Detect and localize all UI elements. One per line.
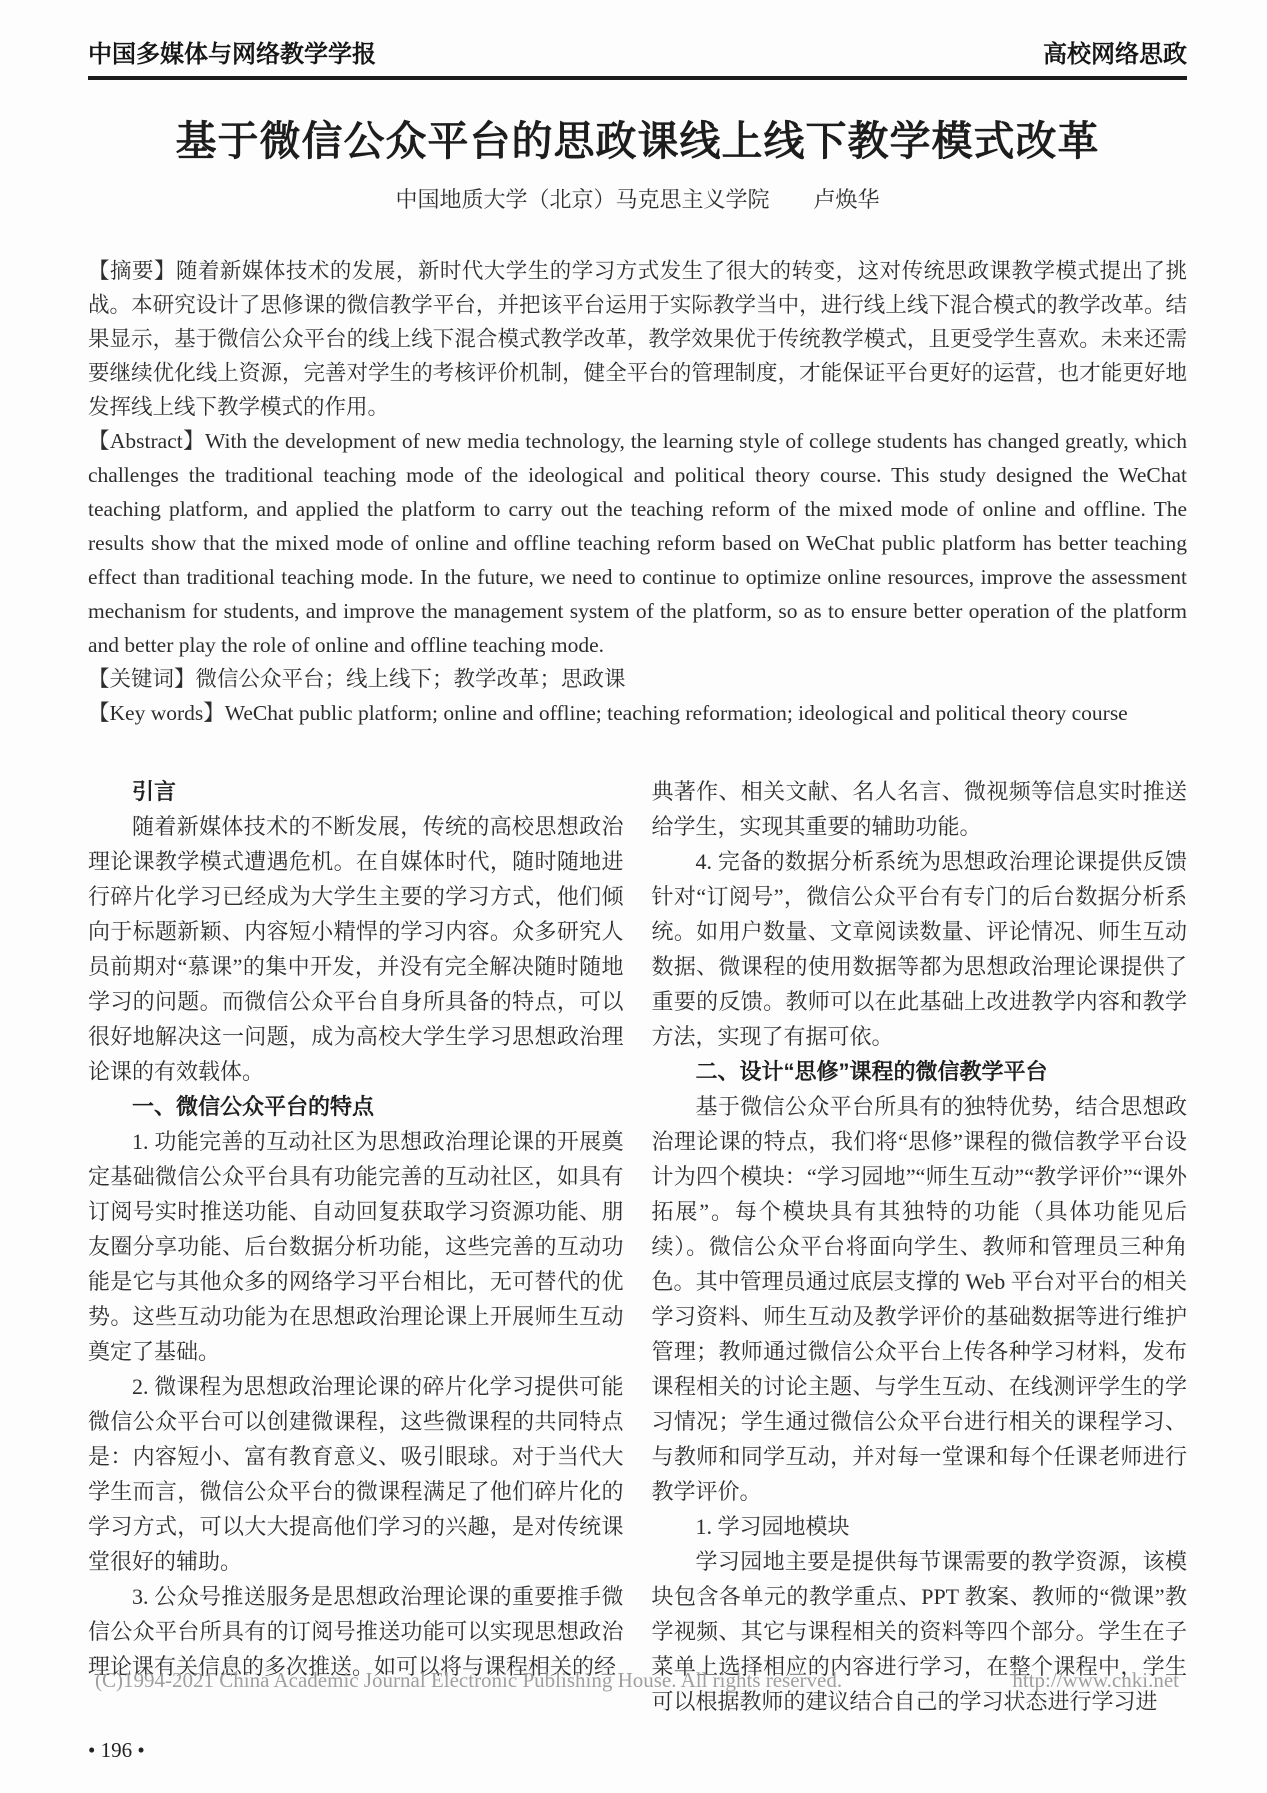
running-head: 中国多媒体与网络教学学报 高校网络思政: [88, 34, 1187, 80]
scanned-paper-page: 中国多媒体与网络教学学报 高校网络思政 基于微信公众平台的思政课线上线下教学模式…: [0, 0, 1267, 1793]
paragraph: 1. 功能完善的互动社区为思想政治理论课的开展奠定基础微信公众平台具有功能完善的…: [88, 1124, 624, 1369]
paragraph: 基于微信公众平台所具有的独特优势，结合思想政治理论课的特点，我们将“思修”课程的…: [652, 1089, 1188, 1509]
paragraph: 4. 完备的数据分析系统为思想政治理论课提供反馈针对“订阅号”，微信公众平台有专…: [652, 844, 1188, 1054]
left-column: 引言 随着新媒体技术的不断发展，传统的高校思想政治理论课教学模式遭遇危机。在自媒…: [88, 774, 624, 1719]
abstract-zh: 【摘要】随着新媒体技术的发展，新时代大学生的学习方式发生了很大的转变，这对传统思…: [88, 254, 1187, 424]
section-heading-1: 一、微信公众平台的特点: [88, 1089, 624, 1124]
paragraph: 随着新媒体技术的不断发展，传统的高校思想政治理论课教学模式遭遇危机。在自媒体时代…: [88, 809, 624, 1089]
keywords-en: 【Key words】WeChat public platform; onlin…: [88, 696, 1187, 730]
body-columns: 引言 随着新媒体技术的不断发展，传统的高校思想政治理论课教学模式遭遇危机。在自媒…: [88, 774, 1187, 1719]
front-matter: 【摘要】随着新媒体技术的发展，新时代大学生的学习方式发生了很大的转变，这对传统思…: [88, 254, 1187, 730]
byline: 中国地质大学（北京）马克思主义学院卢焕华: [88, 183, 1187, 214]
section-heading-intro: 引言: [88, 774, 624, 809]
subsection-heading: 1. 学习园地模块: [652, 1509, 1188, 1544]
journal-title: 中国多媒体与网络教学学报: [88, 34, 376, 69]
paragraph-continuation: 典著作、相关文献、名人名言、微视频等信息实时推送给学生，实现其重要的辅助功能。: [652, 774, 1188, 844]
copyright-text: (C)1994-2021 China Academic Journal Elec…: [95, 1668, 842, 1693]
author-affiliation: 中国地质大学（北京）马克思主义学院: [395, 187, 769, 212]
author-name: 卢焕华: [814, 187, 880, 212]
keywords-zh: 【关键词】微信公众平台；线上线下；教学改革；思政课: [88, 662, 1187, 696]
page-number: • 196 •: [88, 1738, 145, 1763]
section-heading-2: 二、设计“思修”课程的微信教学平台: [652, 1054, 1188, 1089]
section-label: 高校网络思政: [1043, 34, 1187, 69]
copyright-footer: (C)1994-2021 China Academic Journal Elec…: [95, 1668, 1179, 1693]
cnki-url: http://www.cnki.net: [1012, 1668, 1179, 1693]
right-column: 典著作、相关文献、名人名言、微视频等信息实时推送给学生，实现其重要的辅助功能。 …: [652, 774, 1188, 1719]
article-title: 基于微信公众平台的思政课线上线下教学模式改革: [88, 108, 1187, 167]
paragraph: 2. 微课程为思想政治理论课的碎片化学习提供可能微信公众平台可以创建微课程，这些…: [88, 1369, 624, 1579]
abstract-en: 【Abstract】With the development of new me…: [88, 424, 1187, 662]
